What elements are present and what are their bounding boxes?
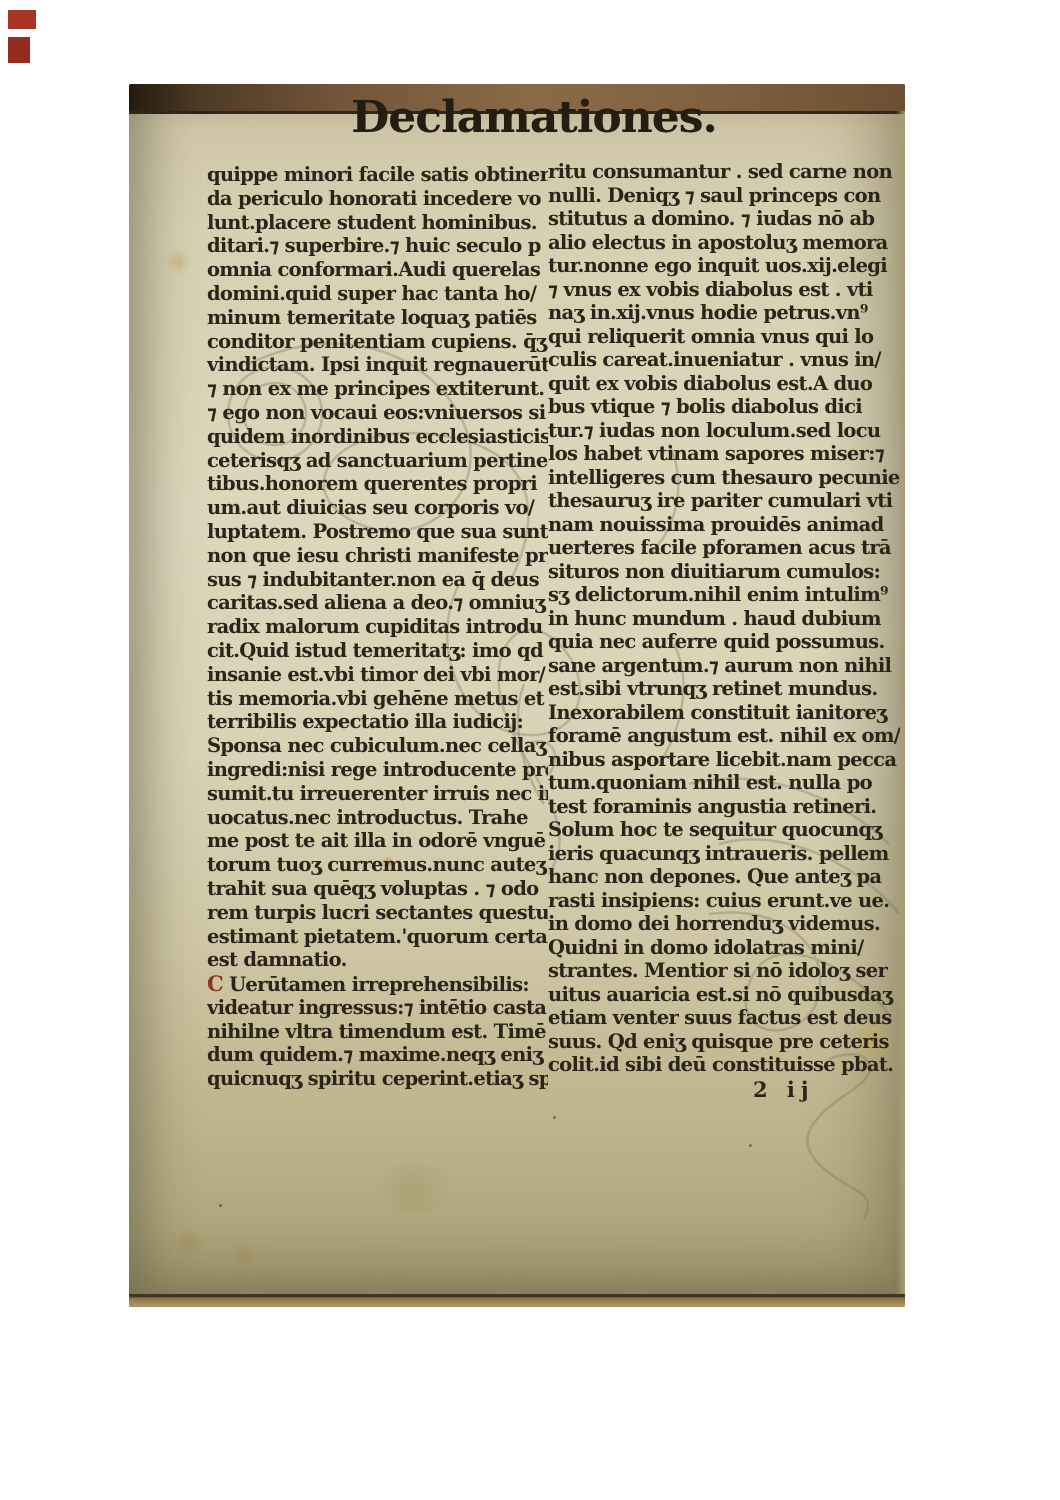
text-line: alio electus in apostoluʒ memora <box>548 231 900 255</box>
text-line: da periculo honorati incedere vo <box>207 187 548 211</box>
text-line: lunt.placere student hominibus. <box>207 211 548 235</box>
text-line: nibus asportare licebit.nam pecca <box>548 748 900 772</box>
text-line: Quidni in domo idolatras mini/ <box>548 936 900 960</box>
text-line: quidem inordinibus ecclesiasticis <box>207 425 548 449</box>
text-line: nihilne vltra timendum est. Timē <box>207 1020 548 1044</box>
text-line: test foraminis angustia retineri. <box>548 795 900 819</box>
text-line: insanie est.vbi timor dei vbi mor/ <box>207 663 548 687</box>
text-line: ⁊ ego non vocaui eos:vniuersos si <box>207 401 548 425</box>
text-line: me post te ait illa in odorē vnguē <box>207 829 548 853</box>
text-line: tum.quoniam nihil est. nulla po <box>548 771 900 795</box>
text-line: cit.Quid istud temeritatʒ: imo qd <box>207 639 548 663</box>
text-line: luptatem. Postremo que sua sunt <box>207 520 548 544</box>
text-line: intelligeres cum thesauro pecunie <box>548 466 900 490</box>
text-line: uitus auaricia est.si nō quibusdaʒ <box>548 983 900 1007</box>
book-page-photo: Declamationes. quippe minori facile sati… <box>129 84 905 1307</box>
foxing-stain <box>163 249 193 275</box>
text-line: in hunc mundum . haud dubium <box>548 607 900 631</box>
text-line: sʒ delictorum.nihil enim intulim⁹ <box>548 583 900 607</box>
text-line: ingredi:nisi rege introducente pre <box>207 758 548 782</box>
text-line: uocatus.nec introductus. Trahe <box>207 806 548 830</box>
ink-speck <box>553 1116 556 1119</box>
foxing-stain <box>231 1244 257 1266</box>
text-column-right: ritu consumantur . sed carne nonnulli. D… <box>548 160 900 1103</box>
text-line: bus vtique ⁊ bolis diabolus dici <box>548 395 900 419</box>
text-line: domini.quid super hac tanta ho/ <box>207 282 548 306</box>
text-line: estimant pietatem.'quorum certa <box>207 925 548 949</box>
foxing-stain <box>173 1230 207 1258</box>
text-line: tibus.honorem querentes propri <box>207 472 548 496</box>
text-line: rem turpis lucri sectantes questuʒ <box>207 901 548 925</box>
text-line: thesauruʒ ire pariter cumulari vti <box>548 489 900 513</box>
text-line: los habet vtinam sapores miser:⁊ <box>548 442 900 466</box>
text-line: sus ⁊ indubitanter.non ea q̄ deus <box>207 568 548 592</box>
text-line: nulli. Deniqʒ ⁊ saul princeps con <box>548 184 900 208</box>
text-line: omnia conformari.Audi querelas <box>207 258 548 282</box>
text-line: est.sibi vtrunqʒ retinet mundus. <box>548 677 900 701</box>
text-line: dum quidem.⁊ maxime.neqʒ eniʒ <box>207 1043 548 1067</box>
text-line: nam nouissima prouidēs animad <box>548 513 900 537</box>
text-line: quicnuqʒ spiritu ceperint.etiaʒ spi <box>207 1067 548 1091</box>
text-line: stitutus a domino. ⁊ iudas nō ab <box>548 207 900 231</box>
foxing-stain <box>369 1164 459 1214</box>
text-line: torum tuoʒ curremus.nunc auteʒ <box>207 853 548 877</box>
text-line: tis memoria.vbi gehēne metus et <box>207 687 548 711</box>
page-edge-bottom <box>129 1294 905 1307</box>
text-line: videatur ingressus:⁊ intētio casta <box>207 996 548 1020</box>
page-background: Declamationes. quippe minori facile sati… <box>0 0 1060 1500</box>
text-line: tur.nonne ego inquit uos.xij.elegi <box>548 254 900 278</box>
text-line: in domo dei horrenduʒ videmus. <box>548 912 900 936</box>
text-line: quippe minori facile satis obtinen <box>207 163 548 187</box>
text-line: naʒ in.xij.vnus hodie petrus.vn⁹ <box>548 301 900 325</box>
text-line: caritas.sed aliena a deo.⁊ omniuʒ <box>207 591 548 615</box>
text-line: hanc non depones. Que anteʒ pa <box>548 865 900 889</box>
text-line: ⁊ non ex me principes extiterunt. <box>207 377 548 401</box>
text-line: radix malorum cupiditas introdu <box>207 615 548 639</box>
text-line: quia nec auferre quid possumus. <box>548 630 900 654</box>
text-line: etiam venter suus factus est deus <box>548 1006 900 1030</box>
text-line: sane argentum.⁊ aurum non nihil <box>548 654 900 678</box>
text-line: ieris quacunqʒ intraueris. pellem <box>548 842 900 866</box>
text-line: conditor penitentiam cupiens. q̄ʒ <box>207 330 548 354</box>
text-line: situros non diuitiarum cumulos: <box>548 560 900 584</box>
text-line: ritu consumantur . sed carne non <box>548 160 900 184</box>
text-line: minum temeritate loquaʒ patiēs <box>207 306 548 330</box>
text-line: sumit.tu irreuerenter irruis nec in <box>207 782 548 806</box>
text-line: culis careat.inueniatur . vnus in/ <box>548 348 900 372</box>
red-annotation-mark <box>8 37 30 63</box>
page-edge-left <box>129 84 146 1307</box>
ink-speck <box>219 1204 222 1207</box>
text-line: ⁊ vnus ex vobis diabolus est . vti <box>548 278 900 302</box>
text-line: ceterisqʒ ad sanctuarium pertinen <box>207 449 548 473</box>
text-line: um.aut diuicias seu corporis vo/ <box>207 496 548 520</box>
text-line: ditari.⁊ superbire.⁊ huic seculo p <box>207 234 548 258</box>
red-annotation-mark <box>8 10 36 29</box>
text-line: non que iesu christi manifeste pr/ <box>207 544 548 568</box>
text-line: colit.id sibi deū constituisse pbat. <box>548 1053 900 1077</box>
text-line: strantes. Mentior si nō idoloʒ ser <box>548 959 900 983</box>
text-line: C Uerūtamen irreprehensibilis: <box>207 972 548 996</box>
text-line: vindictam. Ipsi inquit regnauerūt <box>207 353 548 377</box>
text-line: qui reliquerit omnia vnus qui lo <box>548 325 900 349</box>
text-line: terribilis expectatio illa iudicij: <box>207 710 548 734</box>
page-title: Declamationes. <box>129 92 905 143</box>
text-line: rasti insipiens: cuius erunt.ve ue. <box>548 889 900 913</box>
text-line: Sponsa nec cubiculum.nec cellaʒ <box>207 734 548 758</box>
text-line: suus. Qd eniʒ quisque pre ceteris <box>548 1030 900 1054</box>
text-column-left: quippe minori facile satis obtinenda per… <box>207 163 548 1091</box>
text-line: Inexorabilem constituit ianitoreʒ <box>548 701 900 725</box>
text-line: tur.⁊ iudas non loculum.sed locu <box>548 419 900 443</box>
rubric-pilcrow: C <box>207 972 223 996</box>
quire-signature: 2 ij <box>548 1077 900 1103</box>
ink-speck <box>749 1144 752 1147</box>
text-line: trahit sua quēqʒ voluptas . ⁊ odo <box>207 877 548 901</box>
text-line: Solum hoc te sequitur quocunqʒ <box>548 818 900 842</box>
text-line: uerteres facile pforamen acus trā <box>548 536 900 560</box>
text-line: foramē angustum est. nihil ex om/ <box>548 724 900 748</box>
text-line: quit ex vobis diabolus est.A duo <box>548 372 900 396</box>
text-line: est damnatio. <box>207 948 548 972</box>
